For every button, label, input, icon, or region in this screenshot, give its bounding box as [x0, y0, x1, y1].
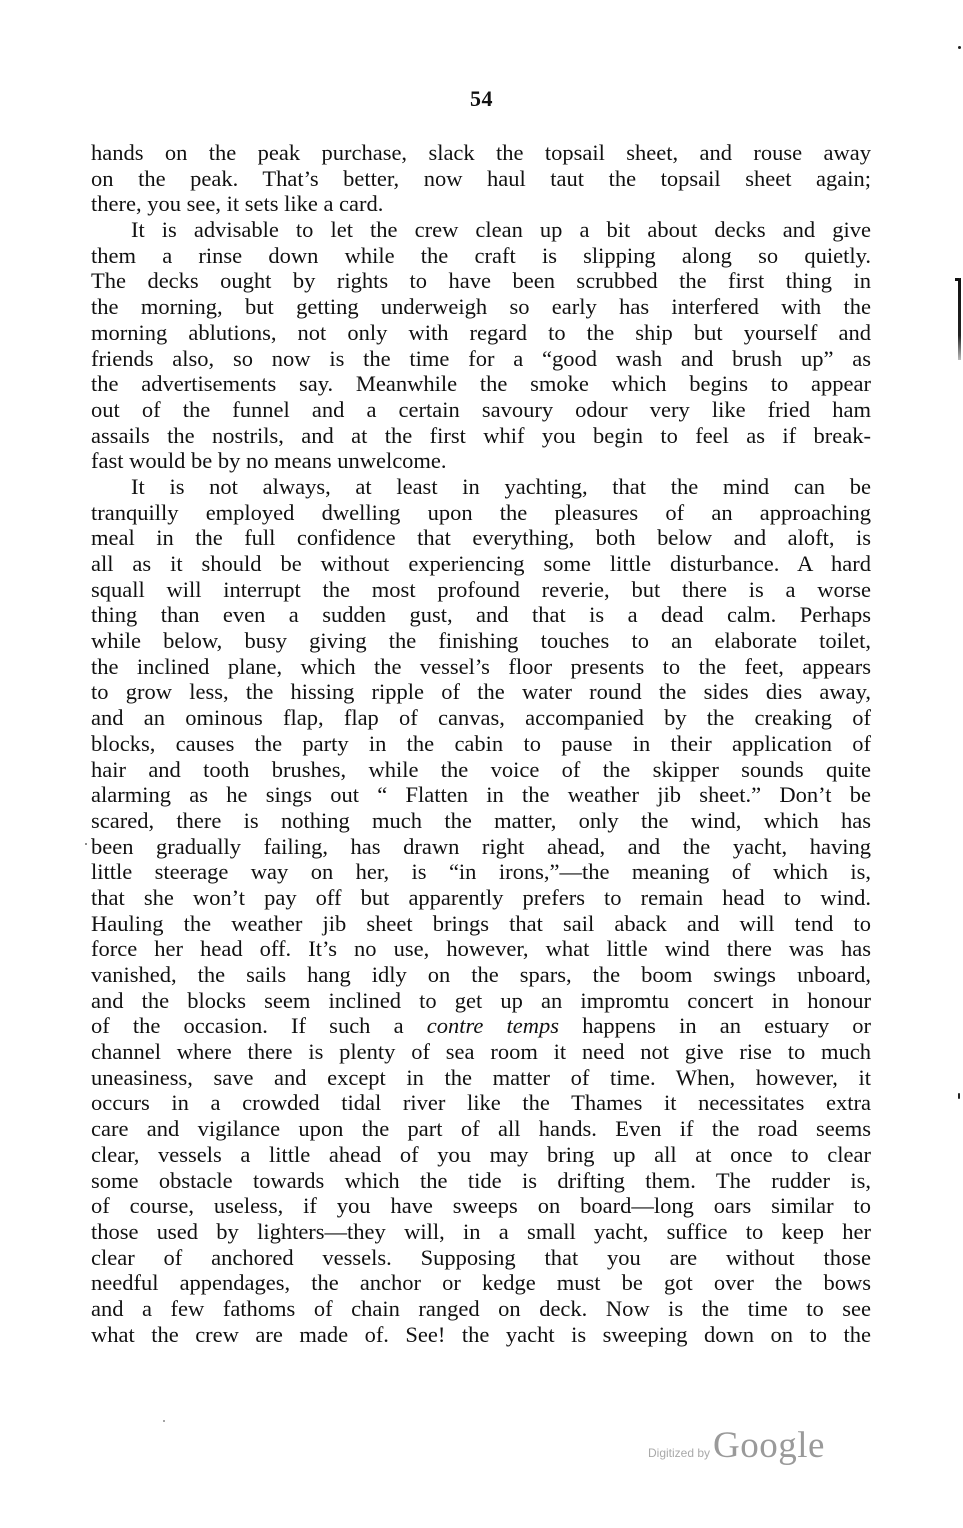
text-line: hands on the peak purchase, slack the to… [91, 140, 871, 166]
text-line: force her head off. It’s no use, however… [91, 936, 871, 962]
google-watermark: Digitized by Google [648, 1424, 825, 1467]
text-line: scared, there is nothing much the matter… [91, 808, 871, 834]
text-line: of course, useless, if you have sweeps o… [91, 1193, 871, 1219]
text-line: alarming as he sings out “ Flatten in th… [91, 782, 871, 808]
text-line: The decks ought by rights to have been s… [91, 268, 871, 294]
text-line: and the blocks seem inclined to get up a… [91, 988, 871, 1014]
text-line: that she won’t pay off but apparently pr… [91, 885, 871, 911]
page-number: 54 [0, 86, 963, 112]
text-line: tranquilly employed dwelling upon the pl… [91, 500, 871, 526]
text-line: what the crew are made of. See! the yach… [91, 1322, 871, 1348]
text-line: out of the funnel and a certain savoury … [91, 397, 871, 423]
text-line: needful appendages, the anchor or kedge … [91, 1270, 871, 1296]
text-line: there, you see, it sets like a card. [91, 191, 871, 217]
text-line: those used by lighters—they will, in a s… [91, 1219, 871, 1245]
scan-artifact-dot [958, 46, 961, 49]
text-line: It is not always, at least in yachting, … [91, 474, 871, 500]
text-line: blocks, causes the party in the cabin to… [91, 731, 871, 757]
text-line: uneasiness, save and except in the matte… [91, 1065, 871, 1091]
body-text: hands on the peak purchase, slack the to… [91, 140, 871, 1347]
text-line: vanished, the sails hang idly on the spa… [91, 962, 871, 988]
text-line: on the peak. That’s better, now haul tau… [91, 166, 871, 192]
text-line: occurs in a crowded tidal river like the… [91, 1090, 871, 1116]
text-line: squall will interrupt the most profound … [91, 577, 871, 603]
text-line: of the occasion. If such a contre temps … [91, 1013, 871, 1039]
text-line: some obstacle towards which the tide is … [91, 1168, 871, 1194]
text-line: while below, busy giving the finishing t… [91, 628, 871, 654]
scan-artifact-speck [163, 1420, 165, 1422]
text-line: Hauling the weather jib sheet brings tha… [91, 911, 871, 937]
text-line: friends also, so now is the time for a “… [91, 346, 871, 372]
scan-artifact-mark [958, 1093, 960, 1099]
text-line: care and vigilance upon the part of all … [91, 1116, 871, 1142]
text-line: the morning, but getting underweigh so e… [91, 294, 871, 320]
text-line: all as it should be without experiencing… [91, 551, 871, 577]
text-line: clear, vessels a little ahead of you may… [91, 1142, 871, 1168]
text-line: fast would be by no means unwelcome. [91, 448, 871, 474]
text-line: morning ablutions, not only with regard … [91, 320, 871, 346]
text-line: them a rinse down while the craft is sli… [91, 243, 871, 269]
watermark-prefix: Digitized by [648, 1446, 710, 1460]
text-line: hair and tooth brushes, while the voice … [91, 757, 871, 783]
text-line: to grow less, the hissing ripple of the … [91, 679, 871, 705]
google-logo-text: Google [713, 1424, 825, 1467]
italic-phrase: contre temps [427, 1013, 559, 1038]
text-segment: happens in an estuary or [559, 1013, 871, 1038]
text-line: clear of anchored vessels. Supposing tha… [91, 1245, 871, 1271]
text-line: and a few fathoms of chain ranged on dec… [91, 1296, 871, 1322]
text-line: little steerage way on her, is “in irons… [91, 859, 871, 885]
text-line: the inclined plane, which the vessel’s f… [91, 654, 871, 680]
text-line: thing than even a sudden gust, and that … [91, 602, 871, 628]
scan-artifact-margin-line [958, 278, 961, 360]
text-line: the advertisements say. Meanwhile the sm… [91, 371, 871, 397]
text-line: and an ominous flap, flap of canvas, acc… [91, 705, 871, 731]
text-line: It is advisable to let the crew clean up… [91, 217, 871, 243]
text-line: meal in the full confidence that everyth… [91, 525, 871, 551]
text-line: assails the nostrils, and at the first w… [91, 423, 871, 449]
scan-artifact-speck [85, 843, 87, 845]
text-line: been gradually failing, has drawn right … [91, 834, 871, 860]
text-segment: of the occasion. If such a [91, 1013, 427, 1038]
text-line: channel where there is plenty of sea roo… [91, 1039, 871, 1065]
